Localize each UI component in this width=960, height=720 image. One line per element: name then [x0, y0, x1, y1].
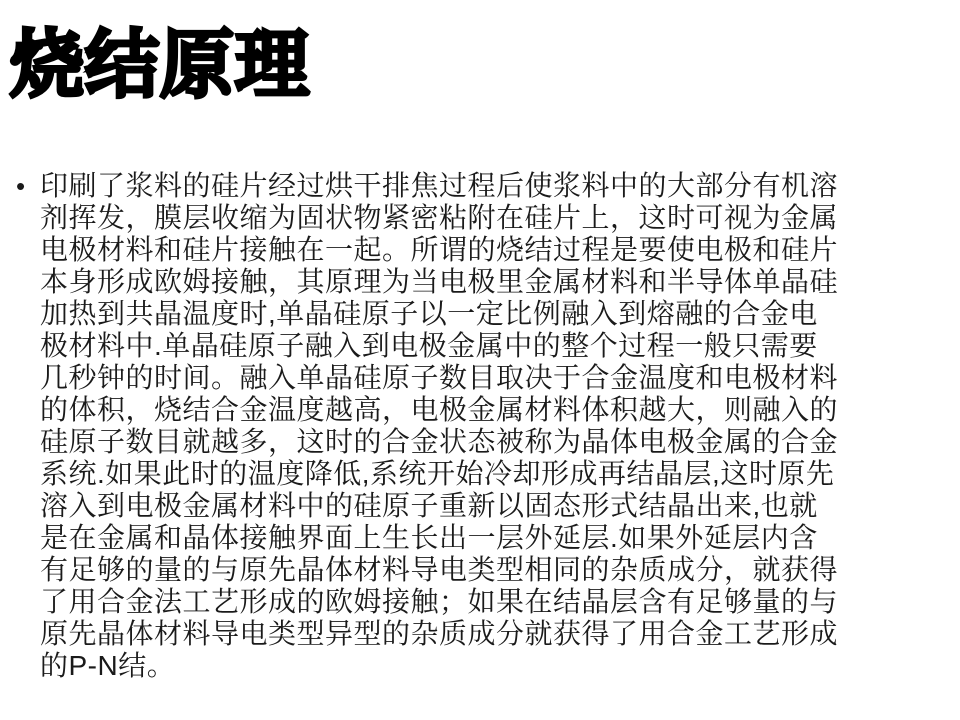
paragraph: 印刷了浆料的硅片经过烘干排焦过程后使浆料中的大部分有机溶剂挥发，膜层收缩为固状物…	[14, 170, 914, 682]
slide-title: 烧结原理	[10, 26, 310, 104]
text-line: 极材料中.单晶硅原子融入到电极金属中的整个过程一般只需要	[40, 330, 914, 362]
text-line: 加热到共晶温度时,单晶硅原子以一定比例融入到熔融的合金电	[40, 298, 914, 330]
text-line: 几秒钟的时间。融入单晶硅原子数目取决于合金温度和电极材料	[40, 362, 914, 394]
text-line: 是在金属和晶体接触界面上生长出一层外延层.如果外延层内含	[40, 522, 914, 554]
bullet-marker: •	[16, 170, 25, 202]
text-line: 系统.如果此时的温度降低,系统开始冷却形成再结晶层,这时原先	[40, 458, 914, 490]
text-line: 印刷了浆料的硅片经过烘干排焦过程后使浆料中的大部分有机溶	[40, 170, 914, 202]
text-line: 溶入到电极金属材料中的硅原子重新以固态形式结晶出来,也就	[40, 490, 914, 522]
text-line: 的体积，烧结合金温度越高，电极金属材料体积越大，则融入的	[40, 394, 914, 426]
slide: 烧结原理 • 印刷了浆料的硅片经过烘干排焦过程后使浆料中的大部分有机溶剂挥发，膜…	[0, 0, 960, 720]
text-line: 电极材料和硅片接触在一起。所谓的烧结过程是要使电极和硅片	[40, 234, 914, 266]
text-line: 原先晶体材料导电类型异型的杂质成分就获得了用合金工艺形成	[40, 618, 914, 650]
text-line: 剂挥发，膜层收缩为固状物紧密粘附在硅片上，这时可视为金属	[40, 202, 914, 234]
text-line: 本身形成欧姆接触，其原理为当电极里金属材料和半导体单晶硅	[40, 266, 914, 298]
text-line: 有足够的量的与原先晶体材料导电类型相同的杂质成分，就获得	[40, 554, 914, 586]
text-line: 硅原子数目就越多，这时的合金状态被称为晶体电极金属的合金	[40, 426, 914, 458]
text-line: 的P-N结。	[40, 650, 914, 682]
body-text-block: • 印刷了浆料的硅片经过烘干排焦过程后使浆料中的大部分有机溶剂挥发，膜层收缩为固…	[14, 170, 914, 682]
text-line: 了用合金法工艺形成的欧姆接触；如果在结晶层含有足够量的与	[40, 586, 914, 618]
